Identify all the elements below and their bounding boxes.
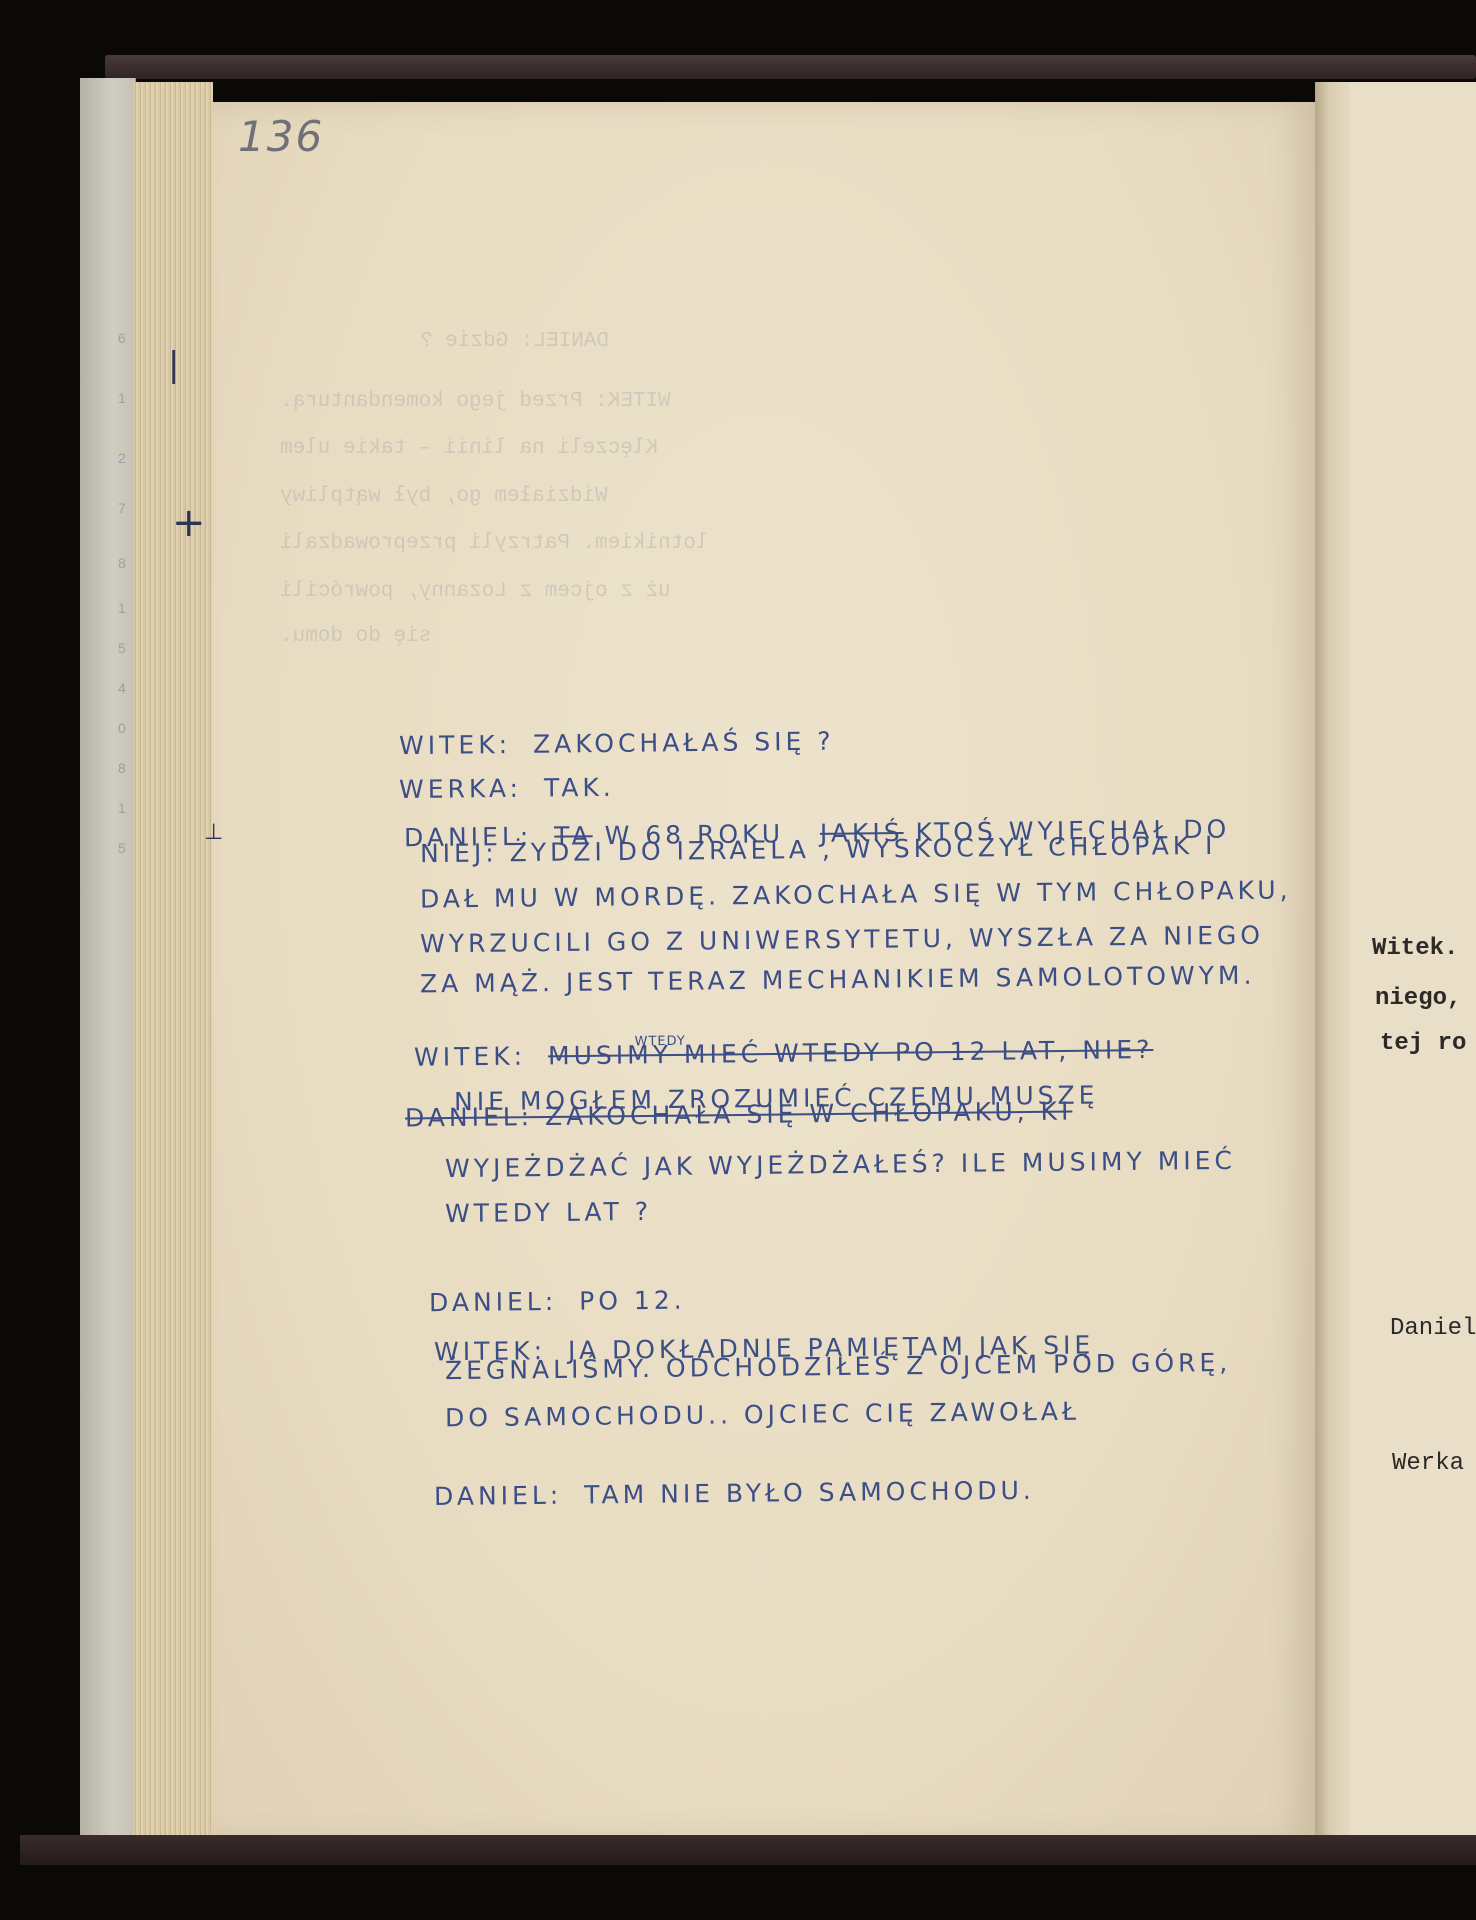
tab-digit: 0 [118,720,126,736]
inserted-word: WTEDY [634,1034,685,1050]
tab-digit: 2 [118,450,126,466]
margin-mark: ⊥ [204,820,223,845]
tab-digit: 5 [118,840,126,856]
typed-fragment: niego, [1375,985,1461,1012]
page-number: 136 [238,112,324,161]
bleed-through-line: się do domu. [280,625,431,648]
handwritten-line: DANIEL:TAM NIE BYŁO SAMOCHODU. [410,1447,1035,1512]
index-tab-strip [80,78,136,1843]
bleed-through-line: lotnikiem. Patrzyli przeprowadzali [280,532,708,555]
margin-mark: | [168,345,179,385]
bleed-through-line: WITEK: Przed jego komendanturą. [280,390,671,413]
tab-digit: 8 [118,760,126,776]
handwritten-line: WTEDY LAT ? [445,1197,652,1228]
bleed-through-line: uż z ojcem z Lozanny, powrócili [280,580,671,603]
typed-fragment: Witek. [1372,935,1458,962]
tab-digit: 4 [118,680,126,696]
tab-digit: 1 [118,390,126,406]
typed-fragment: tej ro [1380,1030,1466,1057]
margin-mark: + [172,500,206,546]
book-gutter [1315,82,1351,1842]
book-cover-top-edge [105,55,1476,79]
typed-fragment: Daniel [1390,1315,1476,1342]
tab-digit: 5 [118,640,126,656]
bleed-through-line: Klęczeli na linii – takie ulem [280,437,658,460]
tab-digit: 7 [118,500,126,516]
dialogue-text: TAM NIE BYŁO SAMOCHODU. [584,1476,1035,1510]
bleed-through-line: Widziałem go, był wątpliwy [280,485,608,508]
tab-digit: 1 [118,800,126,816]
typed-fragment: Werka [1392,1450,1464,1477]
tab-digit: 6 [118,330,126,346]
tab-digit: 1 [118,600,126,616]
tab-digit: 8 [118,555,126,571]
book-cover-bottom-edge [20,1835,1476,1865]
bleed-through-line: DANIEL: Gdzie ? [420,330,609,353]
speaker-label: DANIEL: [434,1481,562,1511]
right-page [1350,82,1476,1842]
